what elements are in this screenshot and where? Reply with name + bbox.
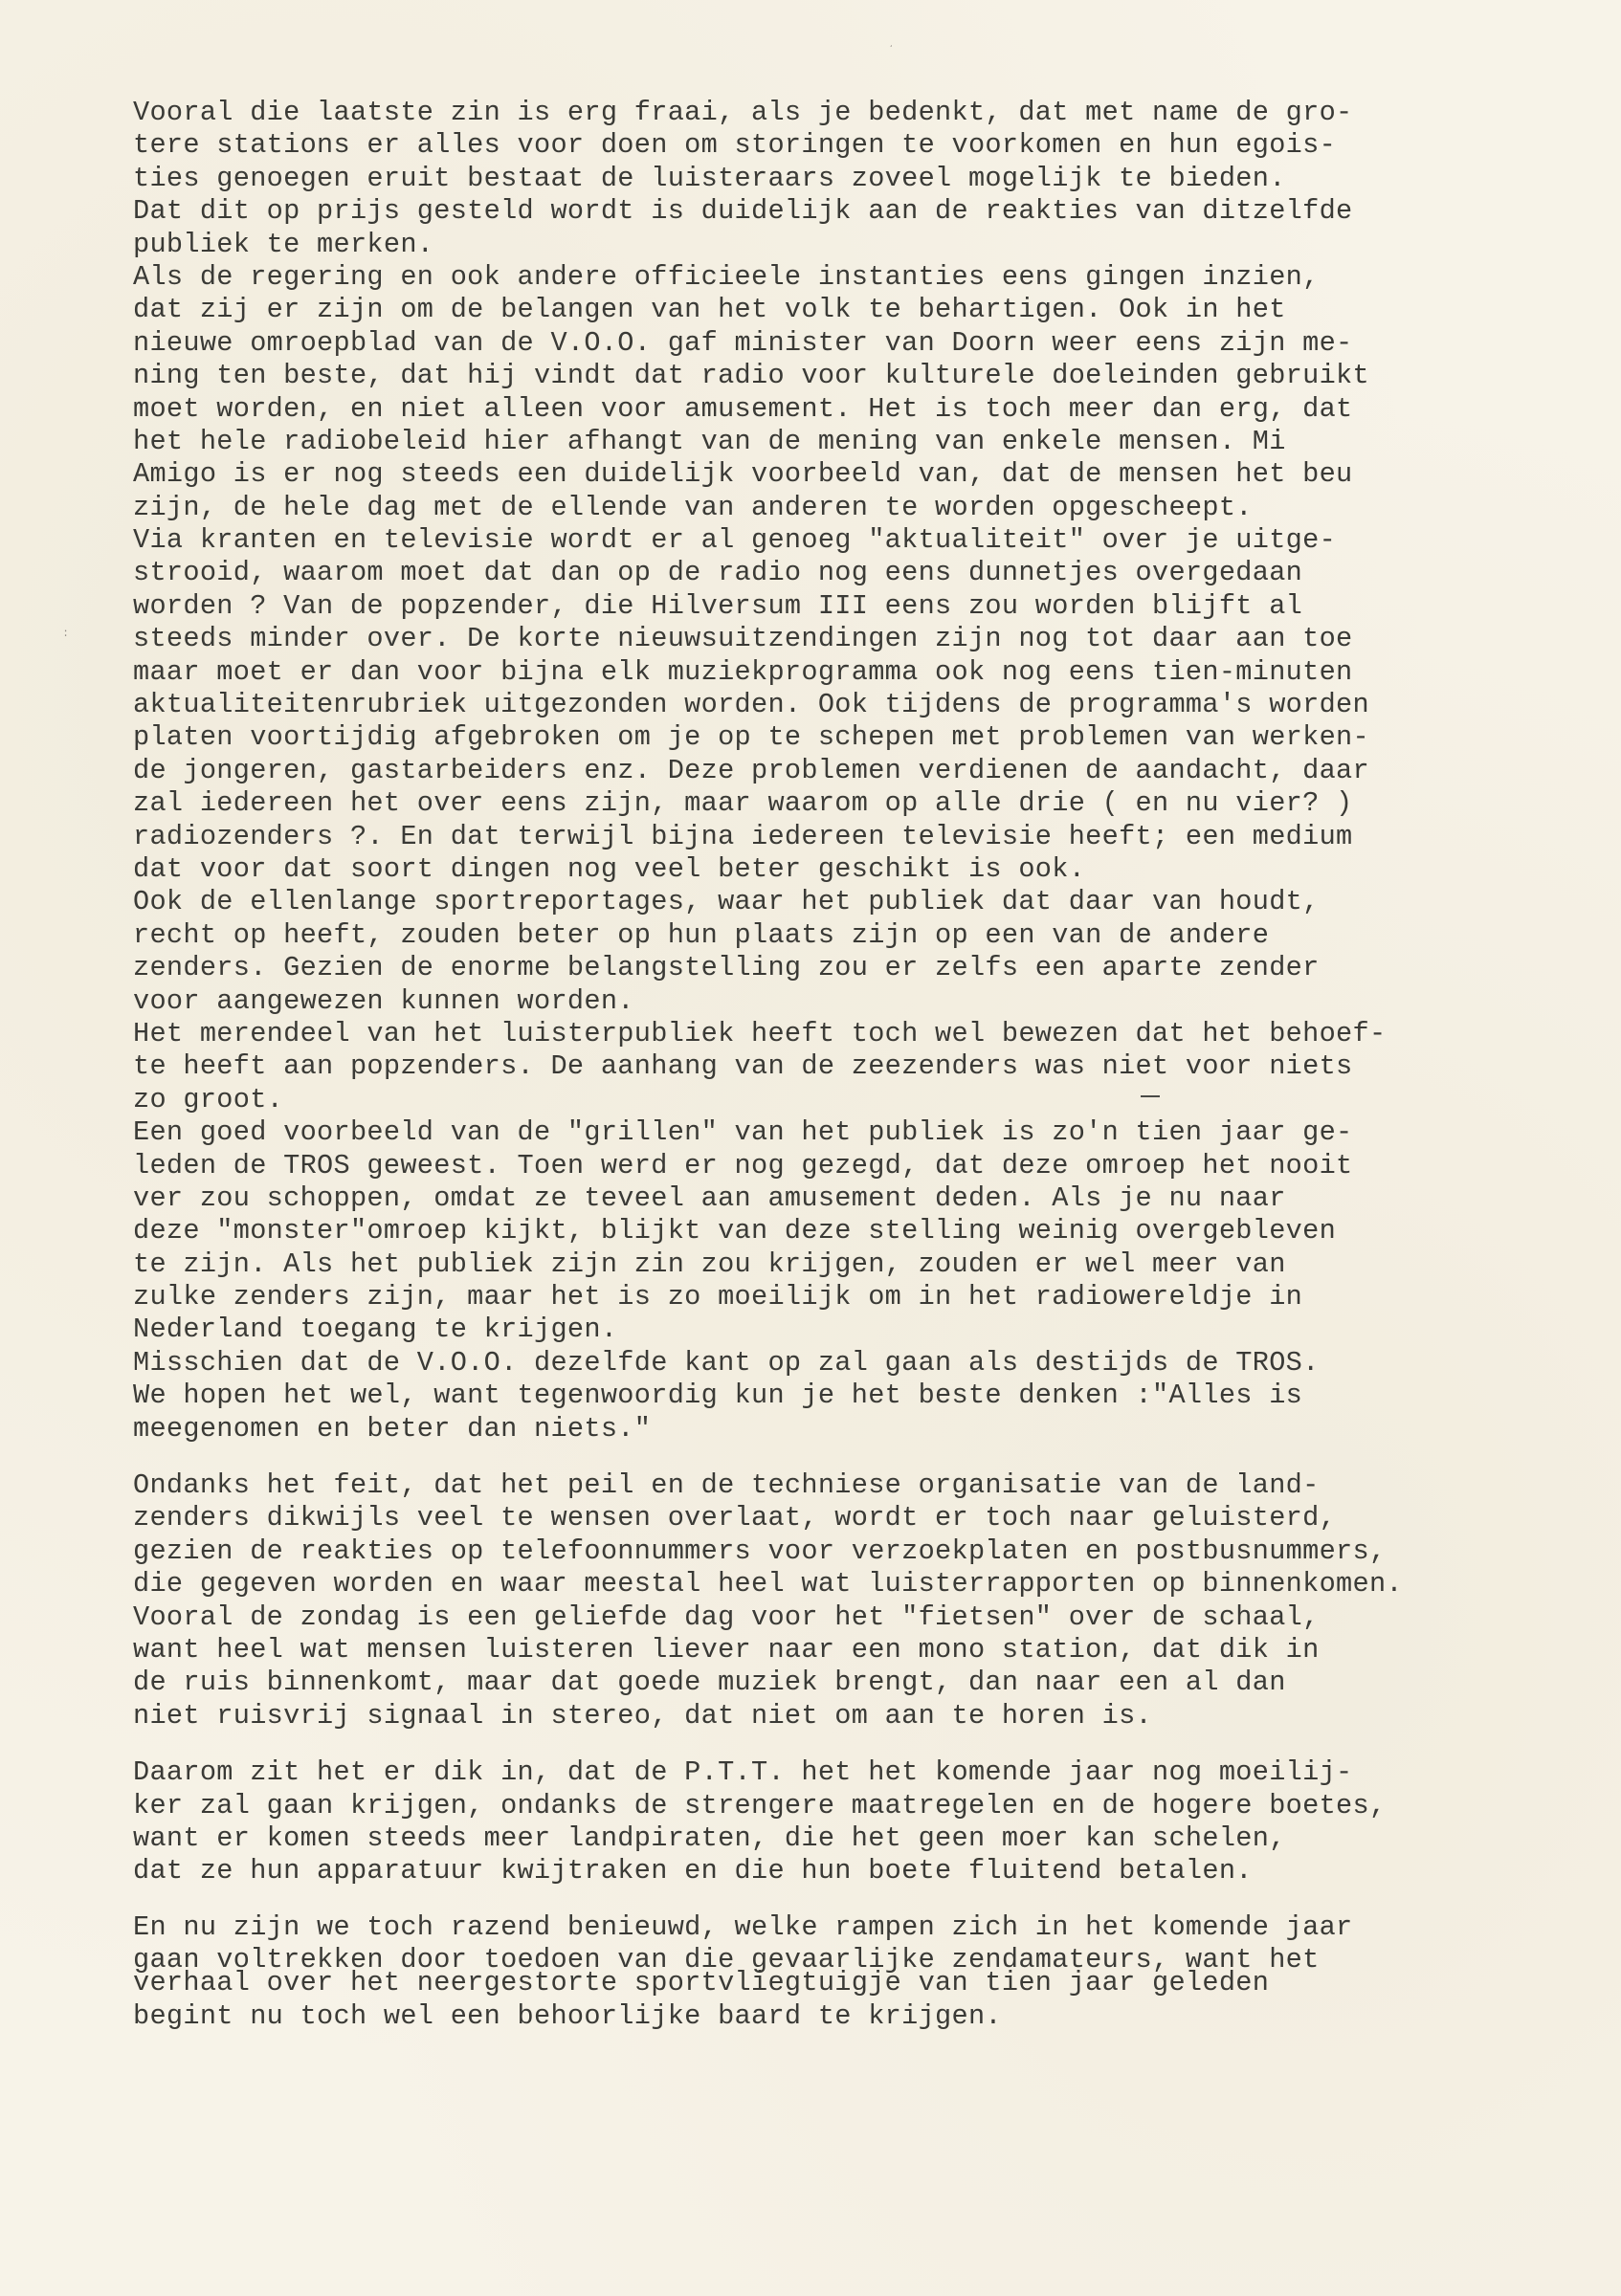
text-line: die gegeven worden en waar meestal heel … <box>133 1568 1492 1601</box>
text-line: worden ? Van de popzender, die Hilversum… <box>133 590 1492 623</box>
text-line: zulke zenders zijn, maar het is zo moeil… <box>133 1281 1492 1314</box>
text-line: dat voor dat soort dingen nog veel beter… <box>133 853 1492 886</box>
text-line: maar moet er dan voor bijna elk muziekpr… <box>133 656 1492 689</box>
text-line: ties genoegen eruit bestaat de luisteraa… <box>133 163 1492 195</box>
text-line: deze "monster"omroep kijkt, blijkt van d… <box>133 1215 1492 1247</box>
text-line: want er komen steeds meer landpiraten, d… <box>133 1822 1492 1855</box>
text-line: ning ten beste, dat hij vindt dat radio … <box>133 360 1492 392</box>
text-line: nieuwe omroepblad van de V.O.O. gaf mini… <box>133 327 1492 360</box>
text-line: zo groot. <box>133 1084 1492 1116</box>
text-line: ker zal gaan krijgen, ondanks de strenge… <box>133 1790 1492 1822</box>
text-line: te heeft aan popzenders. De aanhang van … <box>133 1050 1492 1083</box>
text-line: recht op heeft, zouden beter op hun plaa… <box>133 919 1492 952</box>
text-line: steeds minder over. De korte nieuwsuitze… <box>133 623 1492 655</box>
text-line: Vooral de zondag is een geliefde dag voo… <box>133 1601 1492 1634</box>
margin-punch-mark: ∶ <box>64 629 74 638</box>
paragraph-closing: En nu zijn we toch razend benieuwd, welk… <box>133 1911 1492 2034</box>
text-line: zal iedereen het over eens zijn, maar wa… <box>133 787 1492 820</box>
text-line: We hopen het wel, want tegenwoordig kun … <box>133 1380 1492 1412</box>
text-line: niet ruisvrij signaal in stereo, dat nie… <box>133 1700 1492 1733</box>
text-line: strooid, waarom moet dat dan op de radio… <box>133 557 1492 589</box>
text-line: de ruis binnenkomt, maar dat goede muzie… <box>133 1667 1492 1699</box>
text-line: de jongeren, gastarbeiders enz. Deze pro… <box>133 755 1492 787</box>
text-line: Via kranten en televisie wordt er al gen… <box>133 524 1492 557</box>
text-line: Vooral die laatste zin is erg fraai, als… <box>133 97 1492 129</box>
text-line: publiek te merken. <box>133 229 1492 261</box>
text-line: Amigo is er nog steeds een duidelijk voo… <box>133 458 1492 491</box>
paper-page: ʻ ∶ Vooral die laatste zin is erg fraai,… <box>0 0 1621 2296</box>
text-line: Ook de ellenlange sportreportages, waar … <box>133 886 1492 918</box>
text-line: aktualiteitenrubriek uitgezonden worden.… <box>133 689 1492 721</box>
text-line: meegenomen en beter dan niets." <box>133 1413 1492 1446</box>
paragraph-radio-policy: Vooral die laatste zin is erg fraai, als… <box>133 97 1492 1446</box>
text-line: Nederland toegang te krijgen. <box>133 1314 1492 1346</box>
text-line: zenders. Gezien de enorme belangstelling… <box>133 952 1492 984</box>
text-line: Daarom zit het er dik in, dat de P.T.T. … <box>133 1756 1492 1789</box>
text-line: tere stations er alles voor doen om stor… <box>133 129 1492 162</box>
text-line: het hele radiobeleid hier afhangt van de… <box>133 426 1492 458</box>
text-line: Dat dit op prijs gesteld wordt is duidel… <box>133 195 1492 228</box>
paragraph-spacer <box>133 1888 1492 1911</box>
text-line: Als de regering en ook andere officieele… <box>133 261 1492 294</box>
text-line: leden de TROS geweest. Toen werd er nog … <box>133 1150 1492 1182</box>
text-line: Ondanks het feit, dat het peil en de tec… <box>133 1469 1492 1502</box>
text-line: dat zij er zijn om de belangen van het v… <box>133 294 1492 326</box>
text-line: gezien de reakties op telefoonnummers vo… <box>133 1535 1492 1568</box>
paragraph-spacer <box>133 1733 1492 1756</box>
text-line: begint nu toch wel een behoorlijke baard… <box>133 2000 1492 2033</box>
text-line: moet worden, en niet alleen voor amuseme… <box>133 393 1492 426</box>
text-line: want heel wat mensen luisteren liever na… <box>133 1634 1492 1667</box>
text-line: te zijn. Als het publiek zijn zin zou kr… <box>133 1248 1492 1281</box>
text-line: radiozenders ?. En dat terwijl bijna ied… <box>133 821 1492 853</box>
paragraph-ptt: Daarom zit het er dik in, dat de P.T.T. … <box>133 1756 1492 1888</box>
text-line: platen voortijdig afgebroken om je op te… <box>133 721 1492 754</box>
text-line: ver zou schoppen, omdat ze teveel aan am… <box>133 1182 1492 1215</box>
text-line: Het merendeel van het luisterpubliek hee… <box>133 1018 1492 1050</box>
text-line: Een goed voorbeeld van de "grillen" van … <box>133 1116 1492 1149</box>
paragraph-landzenders: Ondanks het feit, dat het peil en de tec… <box>133 1469 1492 1733</box>
paragraph-spacer <box>133 1446 1492 1469</box>
paper-speck-mark: ʻ <box>890 44 896 50</box>
text-line: zijn, de hele dag met de ellende van and… <box>133 492 1492 524</box>
text-line: voor aangewezen kunnen worden. <box>133 985 1492 1018</box>
text-line: zenders dikwijls veel te wensen overlaat… <box>133 1502 1492 1534</box>
text-line: dat ze hun apparatuur kwijtraken en die … <box>133 1855 1492 1888</box>
text-line: En nu zijn we toch razend benieuwd, welk… <box>133 1911 1492 1944</box>
text-line: Misschien dat de V.O.O. dezelfde kant op… <box>133 1347 1492 1380</box>
typewritten-text-body: Vooral die laatste zin is erg fraai, als… <box>133 97 1492 2033</box>
